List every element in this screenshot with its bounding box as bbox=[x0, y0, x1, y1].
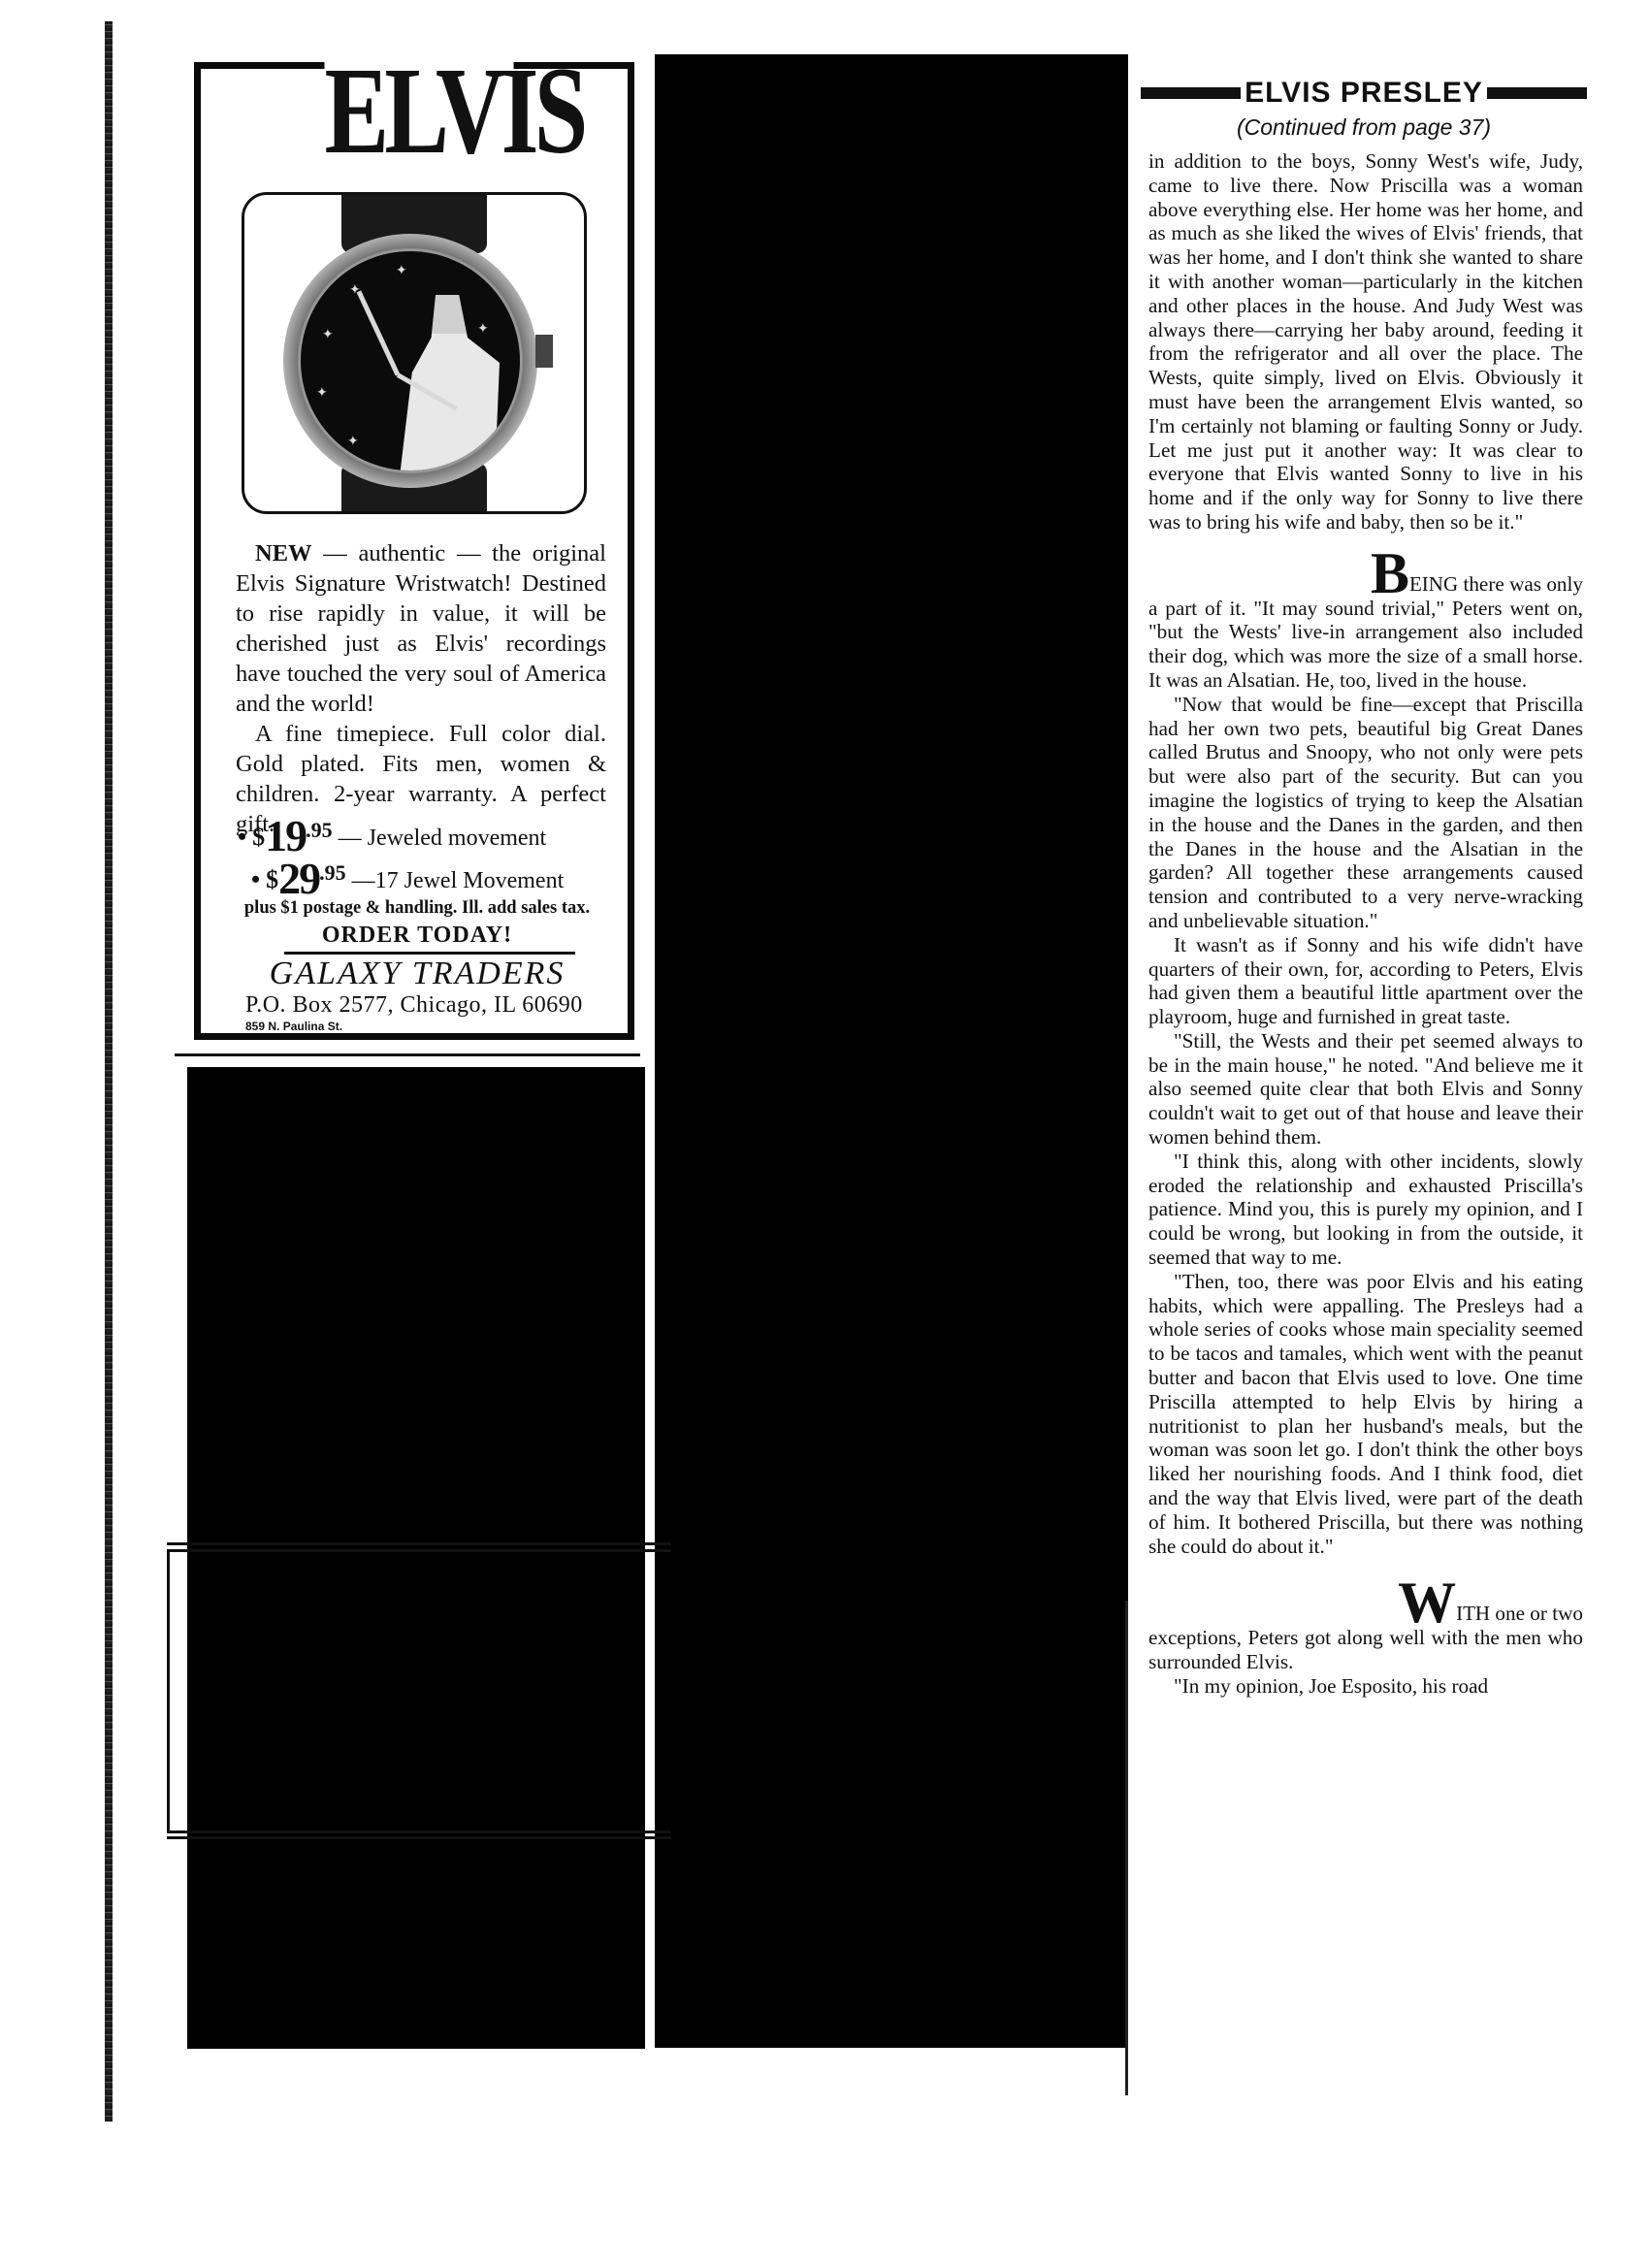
article-paragraph: "I think this, along with other incident… bbox=[1148, 1150, 1583, 1270]
divider bbox=[167, 1542, 671, 1545]
continued-from-note: (Continued from page 37) bbox=[1141, 114, 1587, 149]
article-paragraph: "Now that would be fine—except that Pris… bbox=[1148, 693, 1583, 933]
section-being: BEING there was only a part of it. "It m… bbox=[1148, 554, 1583, 693]
scan-edge bbox=[105, 21, 113, 2122]
price-description: —17 Jewel Movement bbox=[352, 868, 565, 893]
order-today-cta: ORDER TODAY! bbox=[218, 923, 616, 949]
dropcap: B bbox=[1371, 541, 1409, 605]
boxed-region-outline bbox=[167, 1549, 671, 1833]
article-paragraph: "Then, too, there was poor Elvis and his… bbox=[1148, 1270, 1583, 1559]
article-paragraph: in addition to the boys, Sonny West's wi… bbox=[1148, 149, 1583, 535]
ad-paragraph: — authentic — the original Elvis Signatu… bbox=[236, 540, 606, 717]
price-whole: 29 bbox=[278, 854, 319, 903]
divider bbox=[284, 952, 575, 955]
price-dollar: $ bbox=[252, 823, 265, 851]
ad-copy: NEW — authentic — the original Elvis Sig… bbox=[236, 538, 606, 839]
ad-new-label: NEW bbox=[255, 540, 312, 567]
article-paragraph: exceptions, Peters got along well with t… bbox=[1148, 1626, 1583, 1674]
minute-hand bbox=[357, 290, 401, 375]
section-with: WITH one or two exceptions, Peters got a… bbox=[1148, 1583, 1583, 1673]
headline-rule bbox=[1141, 87, 1241, 99]
bullet-icon: • bbox=[251, 865, 260, 893]
article-column: ELVIS PRESLEY (Continued from page 37) i… bbox=[1141, 74, 1587, 1699]
dropcap-line: BEING there was only bbox=[1148, 554, 1583, 597]
lead-caps: ITH bbox=[1456, 1602, 1490, 1625]
elvis-watch-advertisement: ELVIS ✦ ✦ ✦ ✦ ✦ ✦ NEW — authentic — the … bbox=[194, 62, 634, 1040]
star-icon: ✦ bbox=[316, 387, 328, 401]
headline-text: ELVIS PRESLEY bbox=[1245, 77, 1483, 110]
price-cents: .95 bbox=[319, 860, 346, 885]
bullet-icon: • bbox=[238, 823, 246, 851]
lead-caps: EING bbox=[1409, 572, 1458, 596]
mailing-address: P.O. Box 2577, Chicago, IL 60690 bbox=[245, 992, 583, 1019]
street-address: 859 N. Paulina St. bbox=[245, 1020, 342, 1033]
watch-photo: ✦ ✦ ✦ ✦ ✦ ✦ bbox=[242, 192, 587, 514]
dropcap-line: WITH one or two bbox=[1148, 1583, 1583, 1626]
company-name: GALAXY TRADERS bbox=[218, 956, 616, 992]
divider bbox=[167, 1836, 671, 1839]
price-dollar: $ bbox=[266, 865, 278, 893]
price-option: • $29.95 —17 Jewel Movement bbox=[251, 853, 564, 904]
star-icon: ✦ bbox=[347, 436, 359, 449]
article-body: in addition to the boys, Sonny West's wi… bbox=[1148, 149, 1583, 1699]
price-description: — Jeweled movement bbox=[339, 826, 547, 851]
star-icon: ✦ bbox=[396, 265, 407, 278]
watch-crown bbox=[535, 335, 553, 368]
article-paragraph: "In my opinion, Joe Esposito, his road bbox=[1148, 1674, 1583, 1699]
article-paragraph: a part of it. "It may sound trivial," Pe… bbox=[1148, 597, 1583, 693]
center-column-redaction bbox=[655, 54, 1128, 2048]
article-paragraph: It wasn't as if Sonny and his wife didn'… bbox=[1148, 933, 1583, 1029]
watch-dial: ✦ ✦ ✦ ✦ ✦ ✦ bbox=[301, 251, 520, 470]
ad-title: ELVIS bbox=[325, 48, 514, 174]
article-paragraph: "Still, the Wests and their pet seemed a… bbox=[1148, 1029, 1583, 1150]
divider bbox=[175, 1053, 640, 1056]
lead-rest: one or two bbox=[1490, 1602, 1583, 1625]
article-headline: ELVIS PRESLEY bbox=[1141, 74, 1587, 113]
star-icon: ✦ bbox=[477, 323, 489, 337]
column-rule bbox=[1125, 1601, 1128, 2095]
watch-case: ✦ ✦ ✦ ✦ ✦ ✦ bbox=[283, 234, 537, 488]
postage-note: plus $1 postage & handling. Ill. add sal… bbox=[218, 898, 616, 919]
star-icon: ✦ bbox=[322, 329, 334, 342]
lead-rest: there was only bbox=[1458, 572, 1583, 596]
price-cents: .95 bbox=[306, 818, 333, 842]
headline-rule bbox=[1487, 87, 1587, 99]
